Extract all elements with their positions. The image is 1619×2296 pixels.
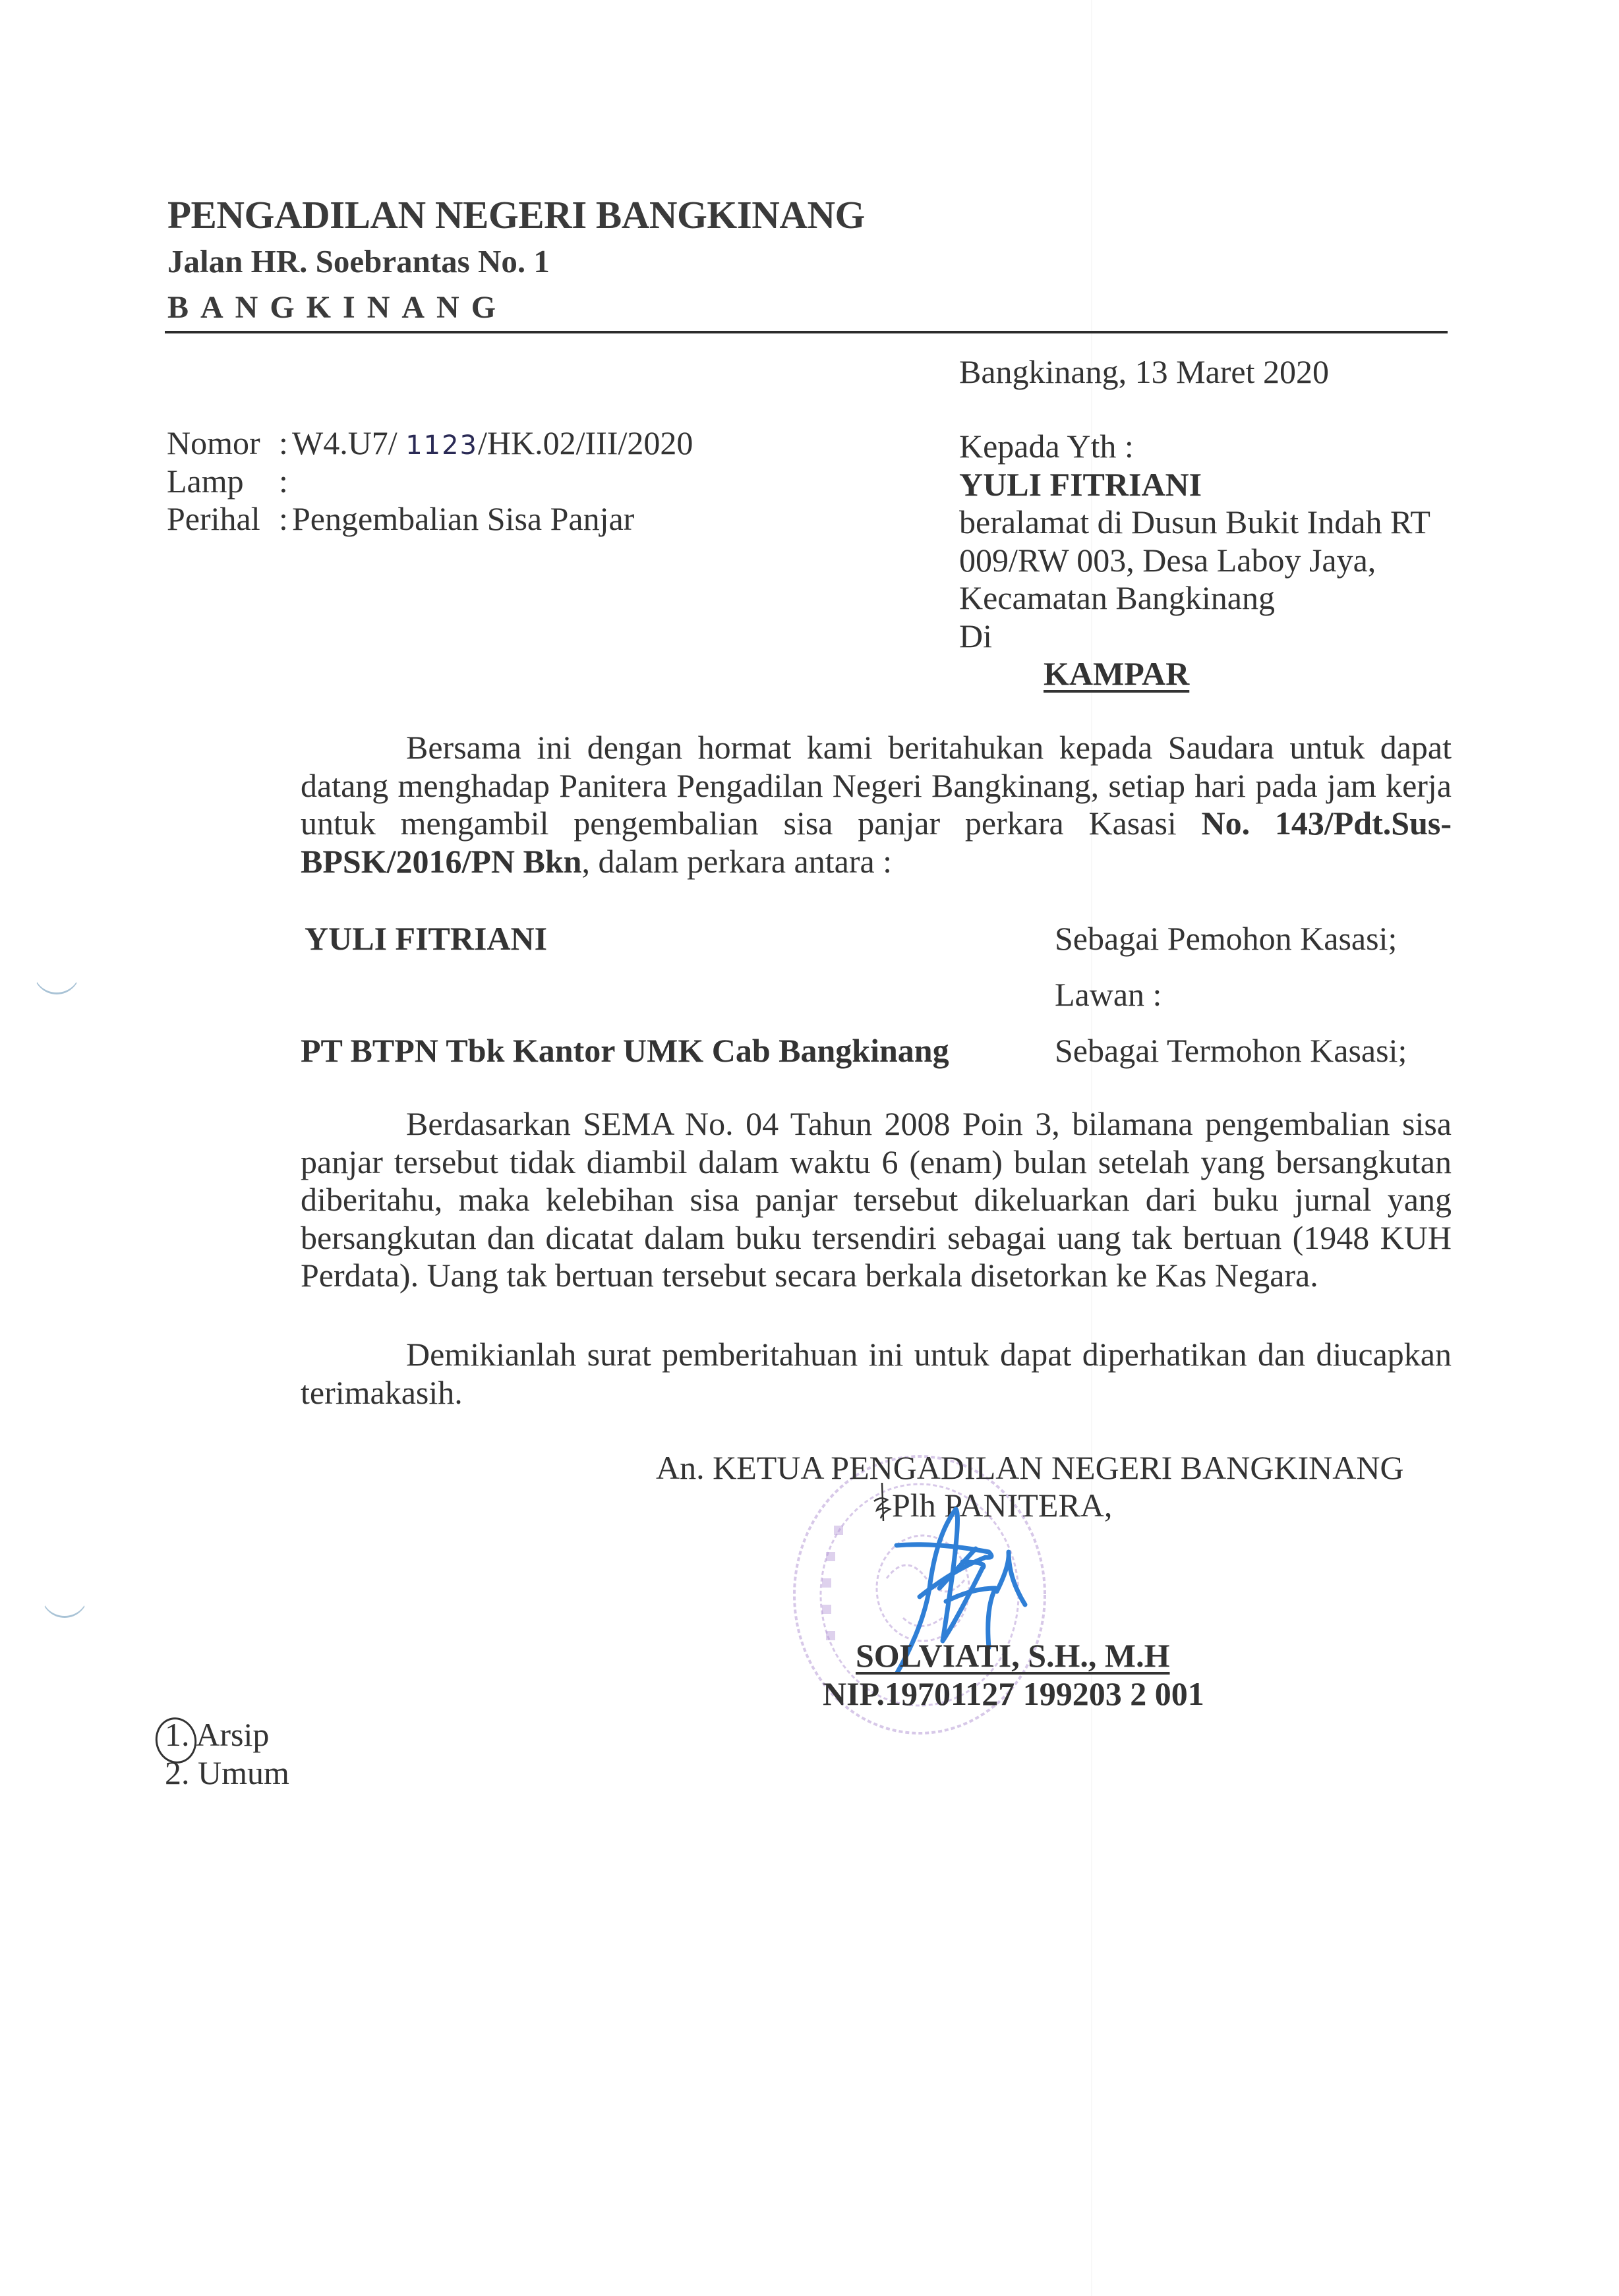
reference-block: Nomor : W4.U7/ 1123/HK.02/III/2020 Lamp … — [167, 424, 693, 538]
addressee-address-line: Kecamatan Bangkinang — [959, 579, 1430, 617]
institution-name: PENGADILAN NEGERI BANGKINANG — [167, 196, 865, 235]
party-respondent-name: PT BTPN Tbk Kantor UMK Cab Bangkinang — [301, 1032, 949, 1070]
signatory-nip: NIP.19701127 199203 2 001 — [823, 1675, 1204, 1713]
perihal-row: Perihal : Pengembalian Sisa Panjar — [167, 500, 693, 538]
perihal-colon: : — [279, 500, 292, 538]
nomor-row: Nomor : W4.U7/ 1123/HK.02/III/2020 — [167, 424, 693, 463]
lamp-colon: : — [279, 463, 292, 501]
party-versus: Lawan : — [1055, 976, 1162, 1014]
nomor-handwritten-number: 1123 — [405, 430, 478, 461]
body-paragraph-2: Berdasarkan SEMA No. 04 Tahun 2008 Poin … — [301, 1105, 1452, 1295]
nomor-label: Nomor — [167, 424, 279, 463]
addressee-city: KAMPAR — [1044, 655, 1189, 693]
signature-on-behalf: An. KETUA PENGADILAN NEGERI BANGKINANG — [656, 1449, 1404, 1487]
letterhead-divider — [165, 331, 1448, 333]
cc-item: 1. Arsip — [165, 1716, 289, 1754]
nomor-value: W4.U7/ 1123/HK.02/III/2020 — [292, 424, 693, 463]
para1-tail: , dalam perkara antara : — [582, 843, 893, 880]
addressee-block: Kepada Yth : YULI FITRIANI beralamat di … — [959, 428, 1430, 655]
body-paragraph-1: Bersama ini dengan hormat kami beritahuk… — [301, 729, 1452, 880]
addressee-salutation: Kepada Yth : — [959, 428, 1430, 466]
punch-hole-mark — [33, 946, 80, 994]
perihal-value: Pengembalian Sisa Panjar — [292, 500, 634, 538]
nomor-suffix: /HK.02/III/2020 — [478, 424, 693, 461]
institution-address: Jalan HR. Soebrantas No. 1 — [167, 245, 550, 277]
carbon-copy-list: 1. Arsip 2. Umum — [165, 1716, 289, 1792]
party-respondent-role: Sebagai Termohon Kasasi; — [1055, 1032, 1407, 1070]
cc-item: 2. Umum — [165, 1754, 289, 1793]
punch-hole-mark — [41, 1570, 88, 1618]
letter-date: Bangkinang, 13 Maret 2020 — [959, 353, 1329, 391]
addressee-name: YULI FITRIANI — [959, 466, 1430, 504]
lamp-label: Lamp — [167, 463, 279, 501]
addressee-address-line: beralamat di Dusun Bukit Indah RT — [959, 503, 1430, 542]
addressee-address-line: 009/RW 003, Desa Laboy Jaya, — [959, 542, 1430, 580]
lamp-row: Lamp : — [167, 463, 693, 501]
body-paragraph-3: Demikianlah surat pemberitahuan ini untu… — [301, 1336, 1452, 1412]
addressee-di: Di — [959, 617, 1430, 656]
institution-city: BANGKINANG — [167, 292, 508, 324]
nomor-colon: : — [279, 424, 292, 463]
signatory-name: SOLVIATI, S.H., M.H — [856, 1637, 1170, 1675]
party-applicant-name: YULI FITRIANI — [305, 920, 547, 958]
perihal-label: Perihal — [167, 500, 279, 538]
cc-item-label: 2. Umum — [165, 1754, 289, 1791]
party-applicant-role: Sebagai Pemohon Kasasi; — [1055, 920, 1397, 958]
nomor-prefix: W4.U7/ — [292, 424, 405, 461]
